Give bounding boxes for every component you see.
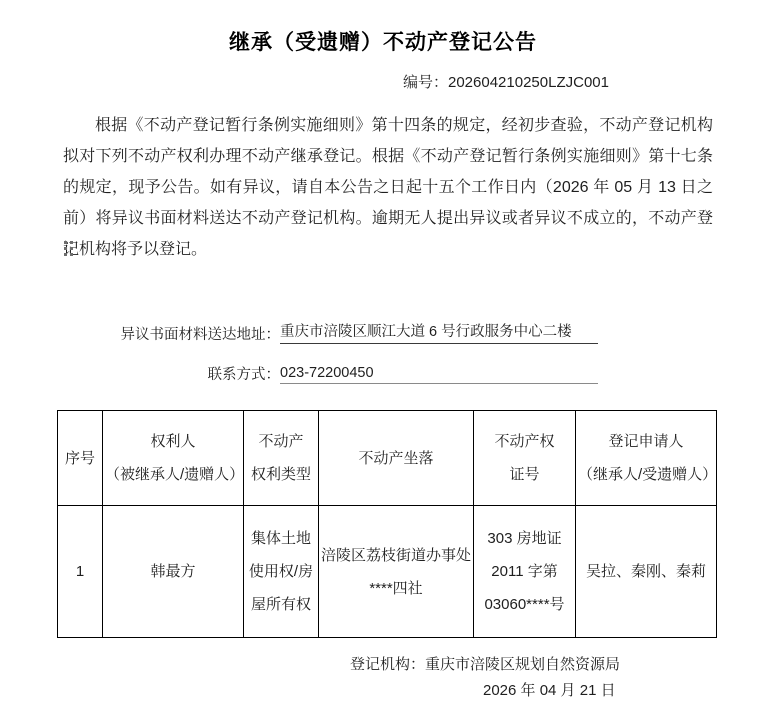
col-header-owner: 权利人 （被继承人/遗赠人） <box>103 411 244 506</box>
cell-location: 涪陵区荔枝街道办事处****四社 <box>319 506 474 638</box>
grip-dot <box>64 247 67 250</box>
contact-value: 023-72200450 <box>280 365 598 384</box>
table-header-row: 序号 权利人 （被继承人/遗赠人） 不动产 权利类型 不动产坐落 不动产权 证号… <box>58 411 717 506</box>
objection-address-line: 异议书面材料送达地址： 重庆市涪陵区顺江大道 6 号行政服务中心二楼 <box>60 320 598 344</box>
cell-right-type: 集体土地使用权/房屋所有权 <box>244 506 319 638</box>
col-header-applicant: 登记申请人 （继承人/受遗赠人） <box>576 411 717 506</box>
objection-address-label: 异议书面材料送达地址： <box>60 323 280 344</box>
cell-applicant: 吴拉、秦刚、秦莉 <box>576 506 717 638</box>
cell-owner: 韩最方 <box>103 506 244 638</box>
contact-line: 联系方式： 023-72200450 <box>60 363 598 384</box>
notice-date: 2026 年 04 月 21 日 <box>483 679 616 700</box>
objection-address-value: 重庆市涪陵区顺江大道 6 号行政服务中心二楼 <box>280 320 598 344</box>
grip-dot <box>70 241 73 244</box>
grip-dot <box>70 253 73 256</box>
grip-dot <box>64 253 67 256</box>
notice-document: 继承（受遗赠）不动产登记公告 编号：202604210250LZJC001 根据… <box>0 0 766 727</box>
cell-seq: 1 <box>58 506 103 638</box>
table-row: 1 韩最方 集体土地使用权/房屋所有权 涪陵区荔枝街道办事处****四社 303… <box>58 506 717 638</box>
registration-authority: 登记机构：重庆市涪陵区规划自然资源局 <box>350 653 620 674</box>
col-header-location: 不动产坐落 <box>319 411 474 506</box>
contact-label: 联系方式： <box>60 363 280 384</box>
doc-number: 编号：202604210250LZJC001 <box>403 71 609 92</box>
grip-dot <box>64 241 67 244</box>
cell-cert-number: 303 房地证 2011 字第 03060****号 <box>474 506 576 638</box>
drag-handle-icon[interactable] <box>64 241 73 256</box>
col-header-cert-number: 不动产权 证号 <box>474 411 576 506</box>
notice-body-paragraph: 根据《不动产登记暂行条例实施细则》第十四条的规定，经初步查验，不动产登记机构拟对… <box>63 110 713 265</box>
col-header-right-type: 不动产 权利类型 <box>244 411 319 506</box>
col-header-seq: 序号 <box>58 411 103 506</box>
page-title: 继承（受遗赠）不动产登记公告 <box>0 26 766 56</box>
property-table: 序号 权利人 （被继承人/遗赠人） 不动产 权利类型 不动产坐落 不动产权 证号… <box>57 410 717 638</box>
grip-dot <box>70 247 73 250</box>
